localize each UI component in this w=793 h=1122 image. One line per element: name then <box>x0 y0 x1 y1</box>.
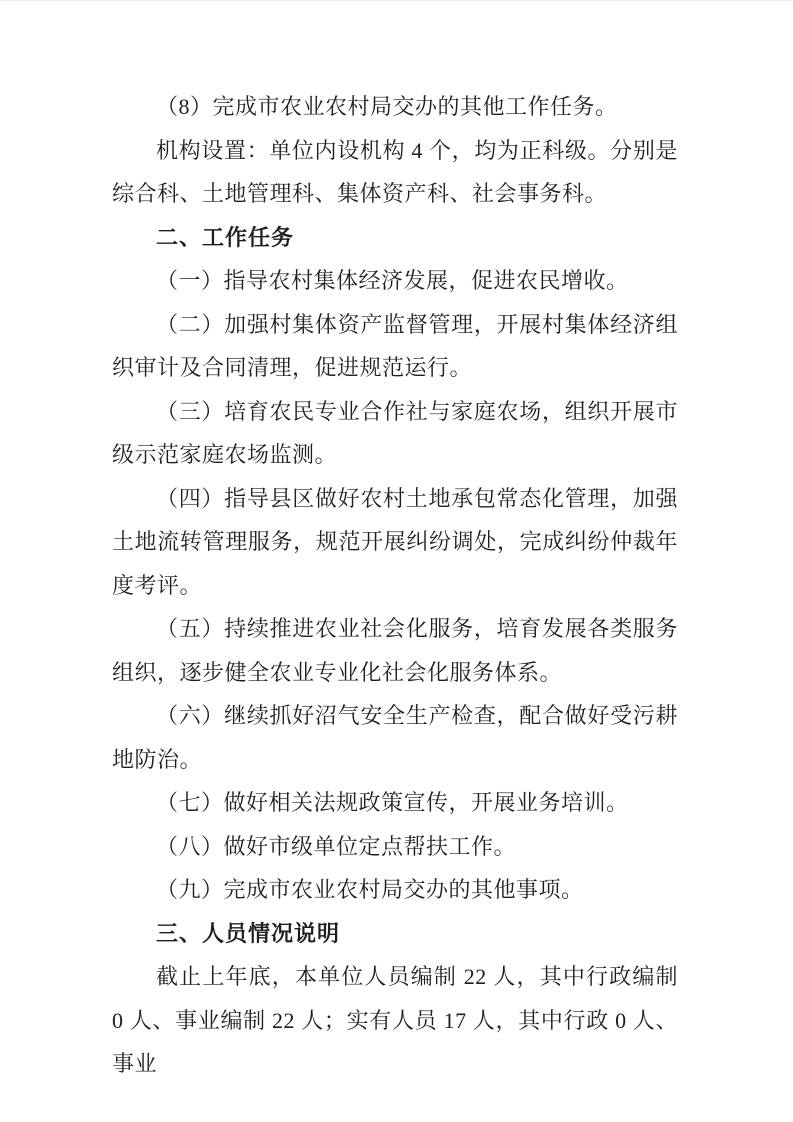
paragraph-task-8: （八）做好市级单位定点帮扶工作。 <box>112 825 678 869</box>
heading-work-tasks: 二、工作任务 <box>112 216 678 260</box>
paragraph-task-2: （二）加强村集体资产监督管理，开展村集体经济组织审计及合同清理，促进规范运行。 <box>112 303 678 390</box>
heading-staffing: 三、人员情况说明 <box>112 912 678 956</box>
paragraph-item-8-other-tasks: （8）完成市农业农村局交办的其他工作任务。 <box>112 85 678 129</box>
paragraph-task-7: （七）做好相关法规政策宣传，开展业务培训。 <box>112 781 678 825</box>
paragraph-task-3: （三）培育农民专业合作社与家庭农场，组织开展市级示范家庭农场监测。 <box>112 390 678 477</box>
paragraph-org-structure: 机构设置：单位内设机构 4 个，均为正科级。分别是综合科、土地管理科、集体资产科… <box>112 129 678 216</box>
document-body: （8）完成市农业农村局交办的其他工作任务。 机构设置：单位内设机构 4 个，均为… <box>112 85 678 1086</box>
paragraph-task-1: （一）指导农村集体经济发展，促进农民增收。 <box>112 259 678 303</box>
document-page: （8）完成市农业农村局交办的其他工作任务。 机构设置：单位内设机构 4 个，均为… <box>0 0 793 1122</box>
paragraph-task-4: （四）指导县区做好农村土地承包常态化管理，加强土地流转管理服务，规范开展纠纷调处… <box>112 477 678 608</box>
paragraph-task-5: （五）持续推进农业社会化服务，培育发展各类服务组织，逐步健全农业专业化社会化服务… <box>112 607 678 694</box>
paragraph-task-6: （六）继续抓好沼气安全生产检查，配合做好受污耕地防治。 <box>112 694 678 781</box>
paragraph-staffing-summary: 截止上年底，本单位人员编制 22 人，其中行政编制 0 人、事业编制 22 人；… <box>112 955 678 1086</box>
paragraph-task-9: （九）完成市农业农村局交办的其他事项。 <box>112 868 678 912</box>
